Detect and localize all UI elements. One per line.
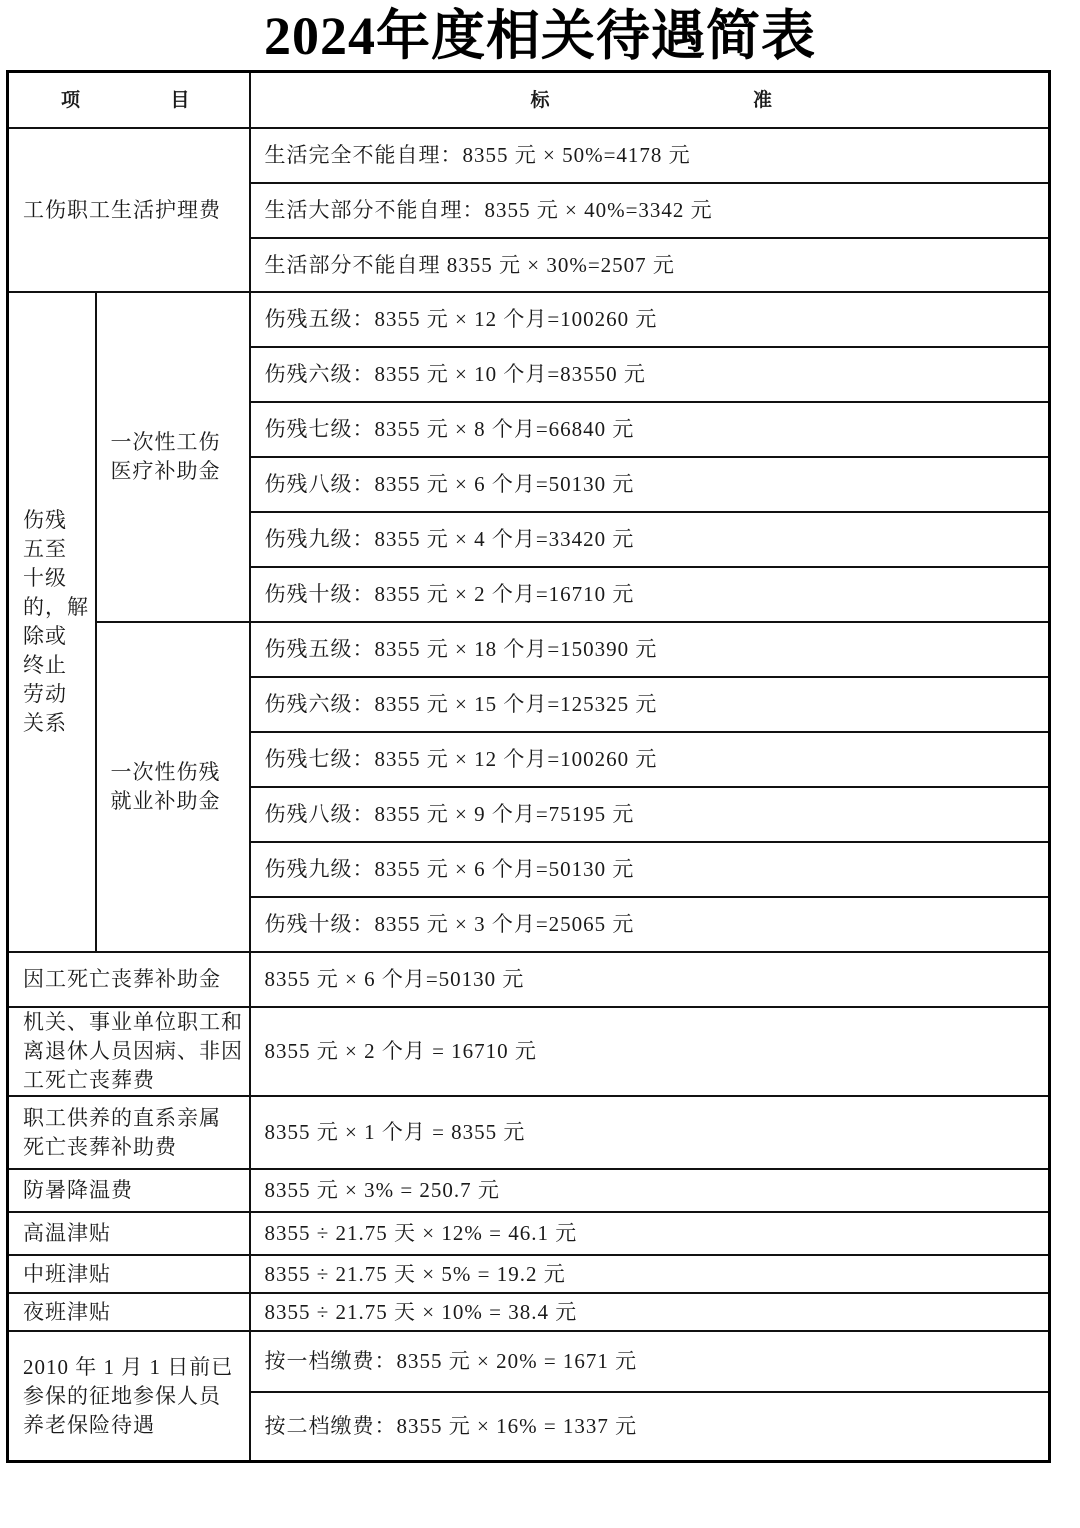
disability-label-line: 劳动 [23,680,67,709]
table-row: 伤残 五至 十级 的，解 除或 终止 劳动 关系 一次性工伤 医疗补助金 伤残五… [8,292,1050,347]
employment-value-grade7: 伤残七级：8355 元 × 12 个月=100260 元 [250,732,1050,787]
table-row: 机关、事业单位职工和 离退休人员因病、非因 工死亡丧葬费 8355 元 × 2 … [8,1007,1050,1096]
heatstroke-fee-value: 8355 元 × 3% = 250.7 元 [250,1169,1050,1212]
pension-label: 2010 年 1 月 1 日前已 参保的征地参保人员 养老保险待遇 [8,1331,250,1462]
funeral-subsidy-value: 8355 元 × 6 个月=50130 元 [250,952,1050,1007]
institution-funeral-value: 8355 元 × 2 个月 = 16710 元 [250,1007,1050,1096]
table-row: 中班津贴 8355 ÷ 21.75 天 × 5% = 19.2 元 [8,1255,1050,1293]
label-line: 养老保险待遇 [23,1411,249,1440]
employment-label-line: 一次性伤残 [111,758,249,787]
dependent-funeral-label: 职工供养的直系亲属 死亡丧葬补助费 [8,1096,250,1169]
night-shift-allowance-label: 夜班津贴 [8,1293,250,1331]
label-line: 参保的征地参保人员 [23,1382,249,1411]
table-header-row: 项 目 标 准 [8,72,1050,129]
medical-value-grade7: 伤残七级：8355 元 × 8 个月=66840 元 [250,402,1050,457]
label-line: 职工供养的直系亲属 [23,1104,249,1133]
header-item-char-1: 项 [61,86,81,115]
funeral-subsidy-label: 因工死亡丧葬补助金 [8,952,250,1007]
label-line: 2010 年 1 月 1 日前已 [23,1353,249,1382]
label-line: 机关、事业单位职工和 [23,1008,245,1037]
medical-value-grade9: 伤残九级：8355 元 × 4 个月=33420 元 [250,512,1050,567]
disability-label-line: 十级 [23,564,67,593]
medical-value-grade8: 伤残八级：8355 元 × 6 个月=50130 元 [250,457,1050,512]
employment-subsidy-label: 一次性伤残 就业补助金 [96,622,250,952]
disability-label-line: 关系 [23,709,67,738]
label-line: 工死亡丧葬费 [23,1066,245,1095]
middle-shift-allowance-label: 中班津贴 [8,1255,250,1293]
disability-label-line: 终止 [23,651,67,680]
dependent-funeral-value: 8355 元 × 1 个月 = 8355 元 [250,1096,1050,1169]
header-item-col: 项 目 [8,72,250,129]
high-temp-allowance-value: 8355 ÷ 21.75 天 × 12% = 46.1 元 [250,1212,1050,1255]
medical-value-grade10: 伤残十级：8355 元 × 2 个月=16710 元 [250,567,1050,622]
header-item-char-2: 目 [170,86,190,115]
disability-label-line: 五至 [23,535,67,564]
medical-subsidy-label: 一次性工伤 医疗补助金 [96,292,250,622]
table-row: 一次性伤残 就业补助金 伤残五级：8355 元 × 18 个月=150390 元 [8,622,1050,677]
employment-value-grade9: 伤残九级：8355 元 × 6 个月=50130 元 [250,842,1050,897]
employment-value-grade8: 伤残八级：8355 元 × 9 个月=75195 元 [250,787,1050,842]
label-line: 死亡丧葬补助费 [23,1133,249,1162]
nursing-label: 工伤职工生活护理费 [8,128,250,292]
table-row: 因工死亡丧葬补助金 8355 元 × 6 个月=50130 元 [8,952,1050,1007]
medical-value-grade5: 伤残五级：8355 元 × 12 个月=100260 元 [250,292,1050,347]
high-temp-allowance-label: 高温津贴 [8,1212,250,1255]
medical-value-grade6: 伤残六级：8355 元 × 10 个月=83550 元 [250,347,1050,402]
medical-label-line: 医疗补助金 [111,457,249,486]
disability-label-line: 除或 [23,622,67,651]
table-row: 职工供养的直系亲属 死亡丧葬补助费 8355 元 × 1 个月 = 8355 元 [8,1096,1050,1169]
medical-label-line: 一次性工伤 [111,428,249,457]
middle-shift-allowance-value: 8355 ÷ 21.75 天 × 5% = 19.2 元 [250,1255,1050,1293]
heatstroke-fee-label: 防暑降温费 [8,1169,250,1212]
table-row: 2010 年 1 月 1 日前已 参保的征地参保人员 养老保险待遇 按一档缴费：… [8,1331,1050,1392]
disability-label-line: 的，解 [23,593,67,622]
header-standard-col: 标 准 [250,72,1050,129]
disability-label-line: 伤残 [23,506,67,535]
employment-value-grade10: 伤残十级：8355 元 × 3 个月=25065 元 [250,897,1050,952]
night-shift-allowance-value: 8355 ÷ 21.75 天 × 10% = 38.4 元 [250,1293,1050,1331]
employment-label-line: 就业补助金 [111,787,249,816]
table-row: 夜班津贴 8355 ÷ 21.75 天 × 10% = 38.4 元 [8,1293,1050,1331]
disability-label: 伤残 五至 十级 的，解 除或 终止 劳动 关系 [8,292,96,952]
header-standard-char-2: 准 [753,86,773,115]
page-title: 2024年度相关待遇简表 [0,2,1080,70]
nursing-value-2: 生活大部分不能自理：8355 元 × 40%=3342 元 [250,183,1050,238]
table-row: 高温津贴 8355 ÷ 21.75 天 × 12% = 46.1 元 [8,1212,1050,1255]
pension-tier1-value: 按一档缴费：8355 元 × 20% = 1671 元 [250,1331,1050,1392]
label-line: 离退休人员因病、非因 [23,1037,245,1066]
nursing-value-1: 生活完全不能自理：8355 元 × 50%=4178 元 [250,128,1050,183]
table-row: 防暑降温费 8355 元 × 3% = 250.7 元 [8,1169,1050,1212]
nursing-value-3: 生活部分不能自理 8355 元 × 30%=2507 元 [250,238,1050,292]
employment-value-grade6: 伤残六级：8355 元 × 15 个月=125325 元 [250,677,1050,732]
institution-funeral-label: 机关、事业单位职工和 离退休人员因病、非因 工死亡丧葬费 [8,1007,250,1096]
employment-value-grade5: 伤残五级：8355 元 × 18 个月=150390 元 [250,622,1050,677]
pension-tier2-value: 按二档缴费：8355 元 × 16% = 1337 元 [250,1392,1050,1462]
header-standard-char-1: 标 [531,86,551,115]
table-row: 工伤职工生活护理费 生活完全不能自理：8355 元 × 50%=4178 元 [8,128,1050,183]
benefits-table: 项 目 标 准 工伤职工生活护理费 生活完全不能自理：8355 元 × 50%=… [6,70,1051,1463]
